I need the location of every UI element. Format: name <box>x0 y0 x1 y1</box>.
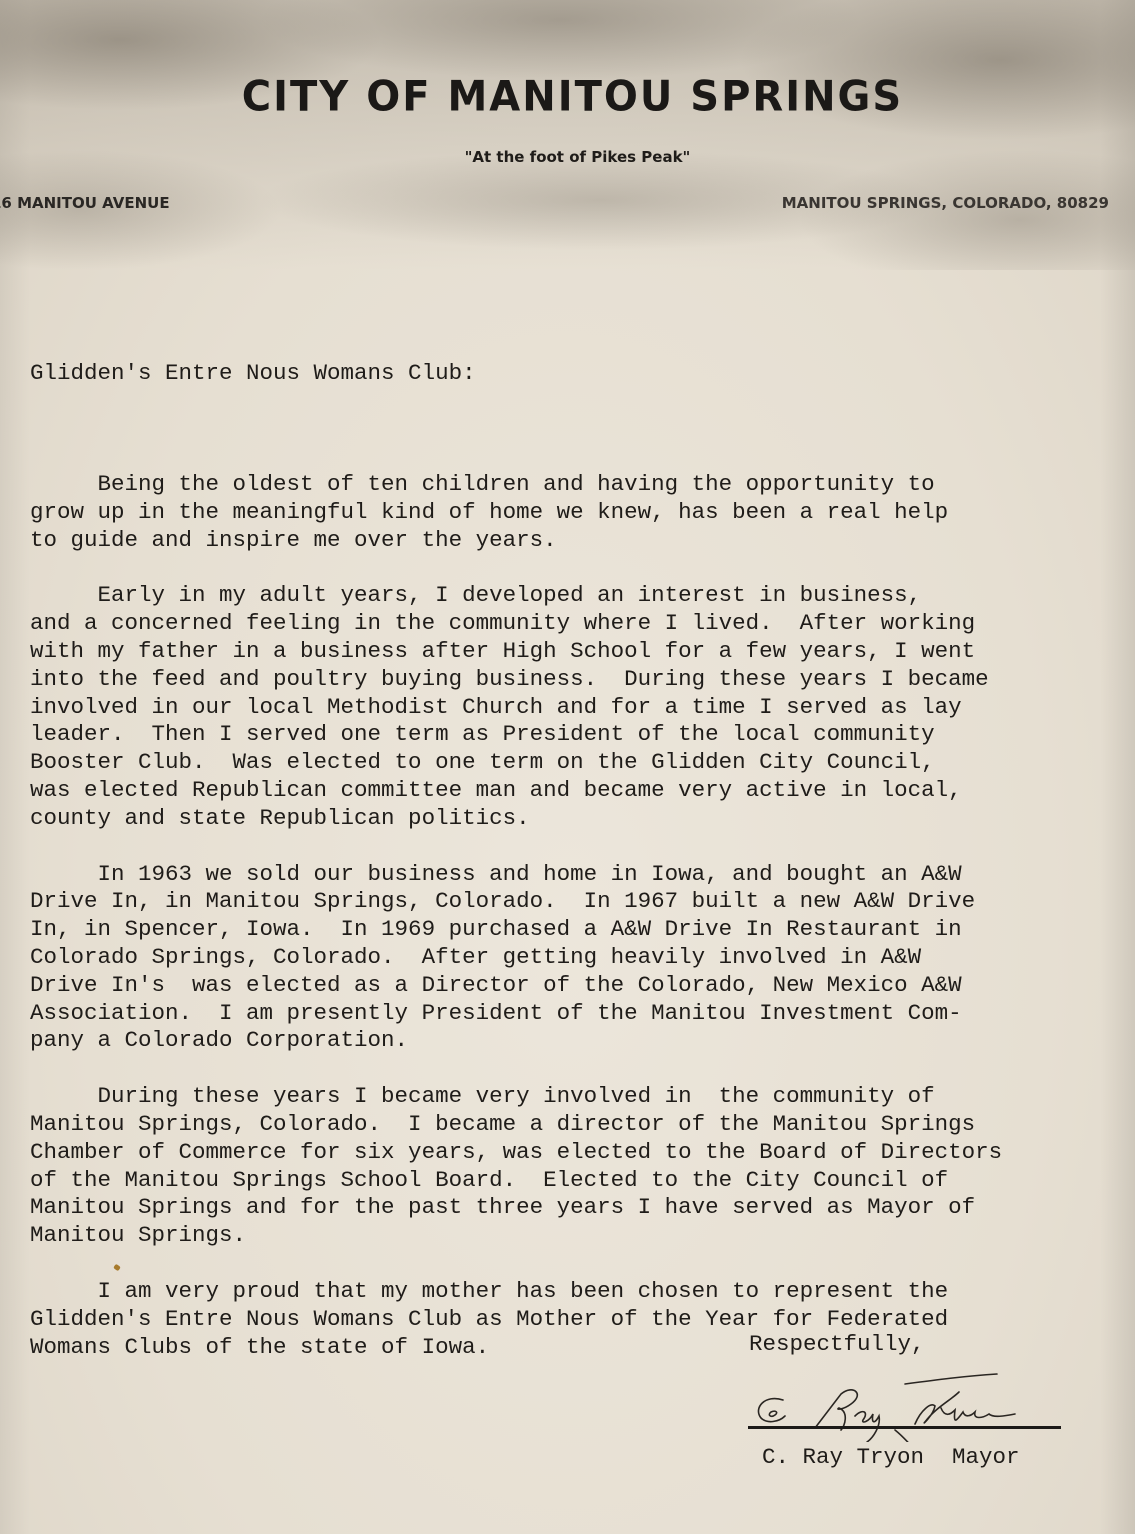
text-line: I am very proud that my mother has been … <box>30 1278 1120 1306</box>
paragraphs: Being the oldest of ten children and hav… <box>30 471 1120 1361</box>
text-line: Drive In, in Manitou Springs, Colorado. … <box>30 888 1120 916</box>
text-line: was elected Republican committee man and… <box>30 777 1120 805</box>
text-line: grow up in the meaningful kind of home w… <box>30 499 1120 527</box>
text-line: pany a Colorado Corporation. <box>30 1027 1120 1055</box>
signature-line <box>748 1426 1061 1429</box>
text-line: In 1963 we sold our business and home in… <box>30 861 1120 889</box>
text-line: of the Manitou Springs School Board. Ele… <box>30 1167 1120 1195</box>
text-line: Drive In's was elected as a Director of … <box>30 972 1120 1000</box>
letter-body: Glidden's Entre Nous Womans Club: Being … <box>30 304 1120 1417</box>
signer-block: C. Ray TryonMayor <box>762 1444 1020 1470</box>
text-line: Womans Clubs of the state of Iowa. <box>30 1334 1120 1362</box>
text-line: In, in Spencer, Iowa. In 1969 purchased … <box>30 916 1120 944</box>
text-line: and a concerned feeling in the community… <box>30 610 1120 638</box>
text-line: Chamber of Commerce for six years, was e… <box>30 1139 1120 1167</box>
text-line: Booster Club. Was elected to one term on… <box>30 749 1120 777</box>
signer-title: Mayor <box>952 1444 1020 1470</box>
text-line: with my father in a business after High … <box>30 638 1120 666</box>
salutation: Glidden's Entre Nous Womans Club: <box>30 360 1120 388</box>
text-line: During these years I became very involve… <box>30 1083 1120 1111</box>
text-line: Manitou Springs and for the past three y… <box>30 1194 1120 1222</box>
text-line: Association. I am presently President of… <box>30 1000 1120 1028</box>
text-line: leader. Then I served one term as Presid… <box>30 721 1120 749</box>
text-line: Manitou Springs, Colorado. I became a di… <box>30 1111 1120 1139</box>
letterhead-street-address: 16 MANITOU AVENUE <box>0 194 170 212</box>
text-line: to guide and inspire me over the years. <box>30 527 1120 555</box>
paragraph: During these years I became very involve… <box>30 1083 1120 1250</box>
closing: Respectfully, <box>749 1331 925 1357</box>
paragraph: Being the oldest of ten children and hav… <box>30 471 1120 554</box>
letterhead-motto: "At the foot of Pikes Peak" <box>20 148 1135 166</box>
signer-name: C. Ray Tryon <box>762 1444 924 1470</box>
handwritten-signature <box>745 1372 1065 1442</box>
text-line: Manitou Springs. <box>30 1222 1120 1250</box>
paragraph: In 1963 we sold our business and home in… <box>30 861 1120 1056</box>
text-line: Colorado Springs, Colorado. After gettin… <box>30 944 1120 972</box>
letterhead: CITY OF MANITOU SPRINGS "At the foot of … <box>0 0 1135 270</box>
text-line: Glidden's Entre Nous Womans Club as Moth… <box>30 1306 1120 1334</box>
letterhead-title: CITY OF MANITOU SPRINGS <box>10 73 1135 121</box>
text-line: Early in my adult years, I developed an … <box>30 582 1120 610</box>
text-line: into the feed and poultry buying busines… <box>30 666 1120 694</box>
text-line: Being the oldest of ten children and hav… <box>30 471 1120 499</box>
text-line: involved in our local Methodist Church a… <box>30 694 1120 722</box>
paragraph: I am very proud that my mother has been … <box>30 1278 1120 1361</box>
text-line: county and state Republican politics. <box>30 805 1120 833</box>
paragraph: Early in my adult years, I developed an … <box>30 582 1120 832</box>
letterhead-city-address: MANITOU SPRINGS, COLORADO, 80829 <box>782 194 1109 212</box>
